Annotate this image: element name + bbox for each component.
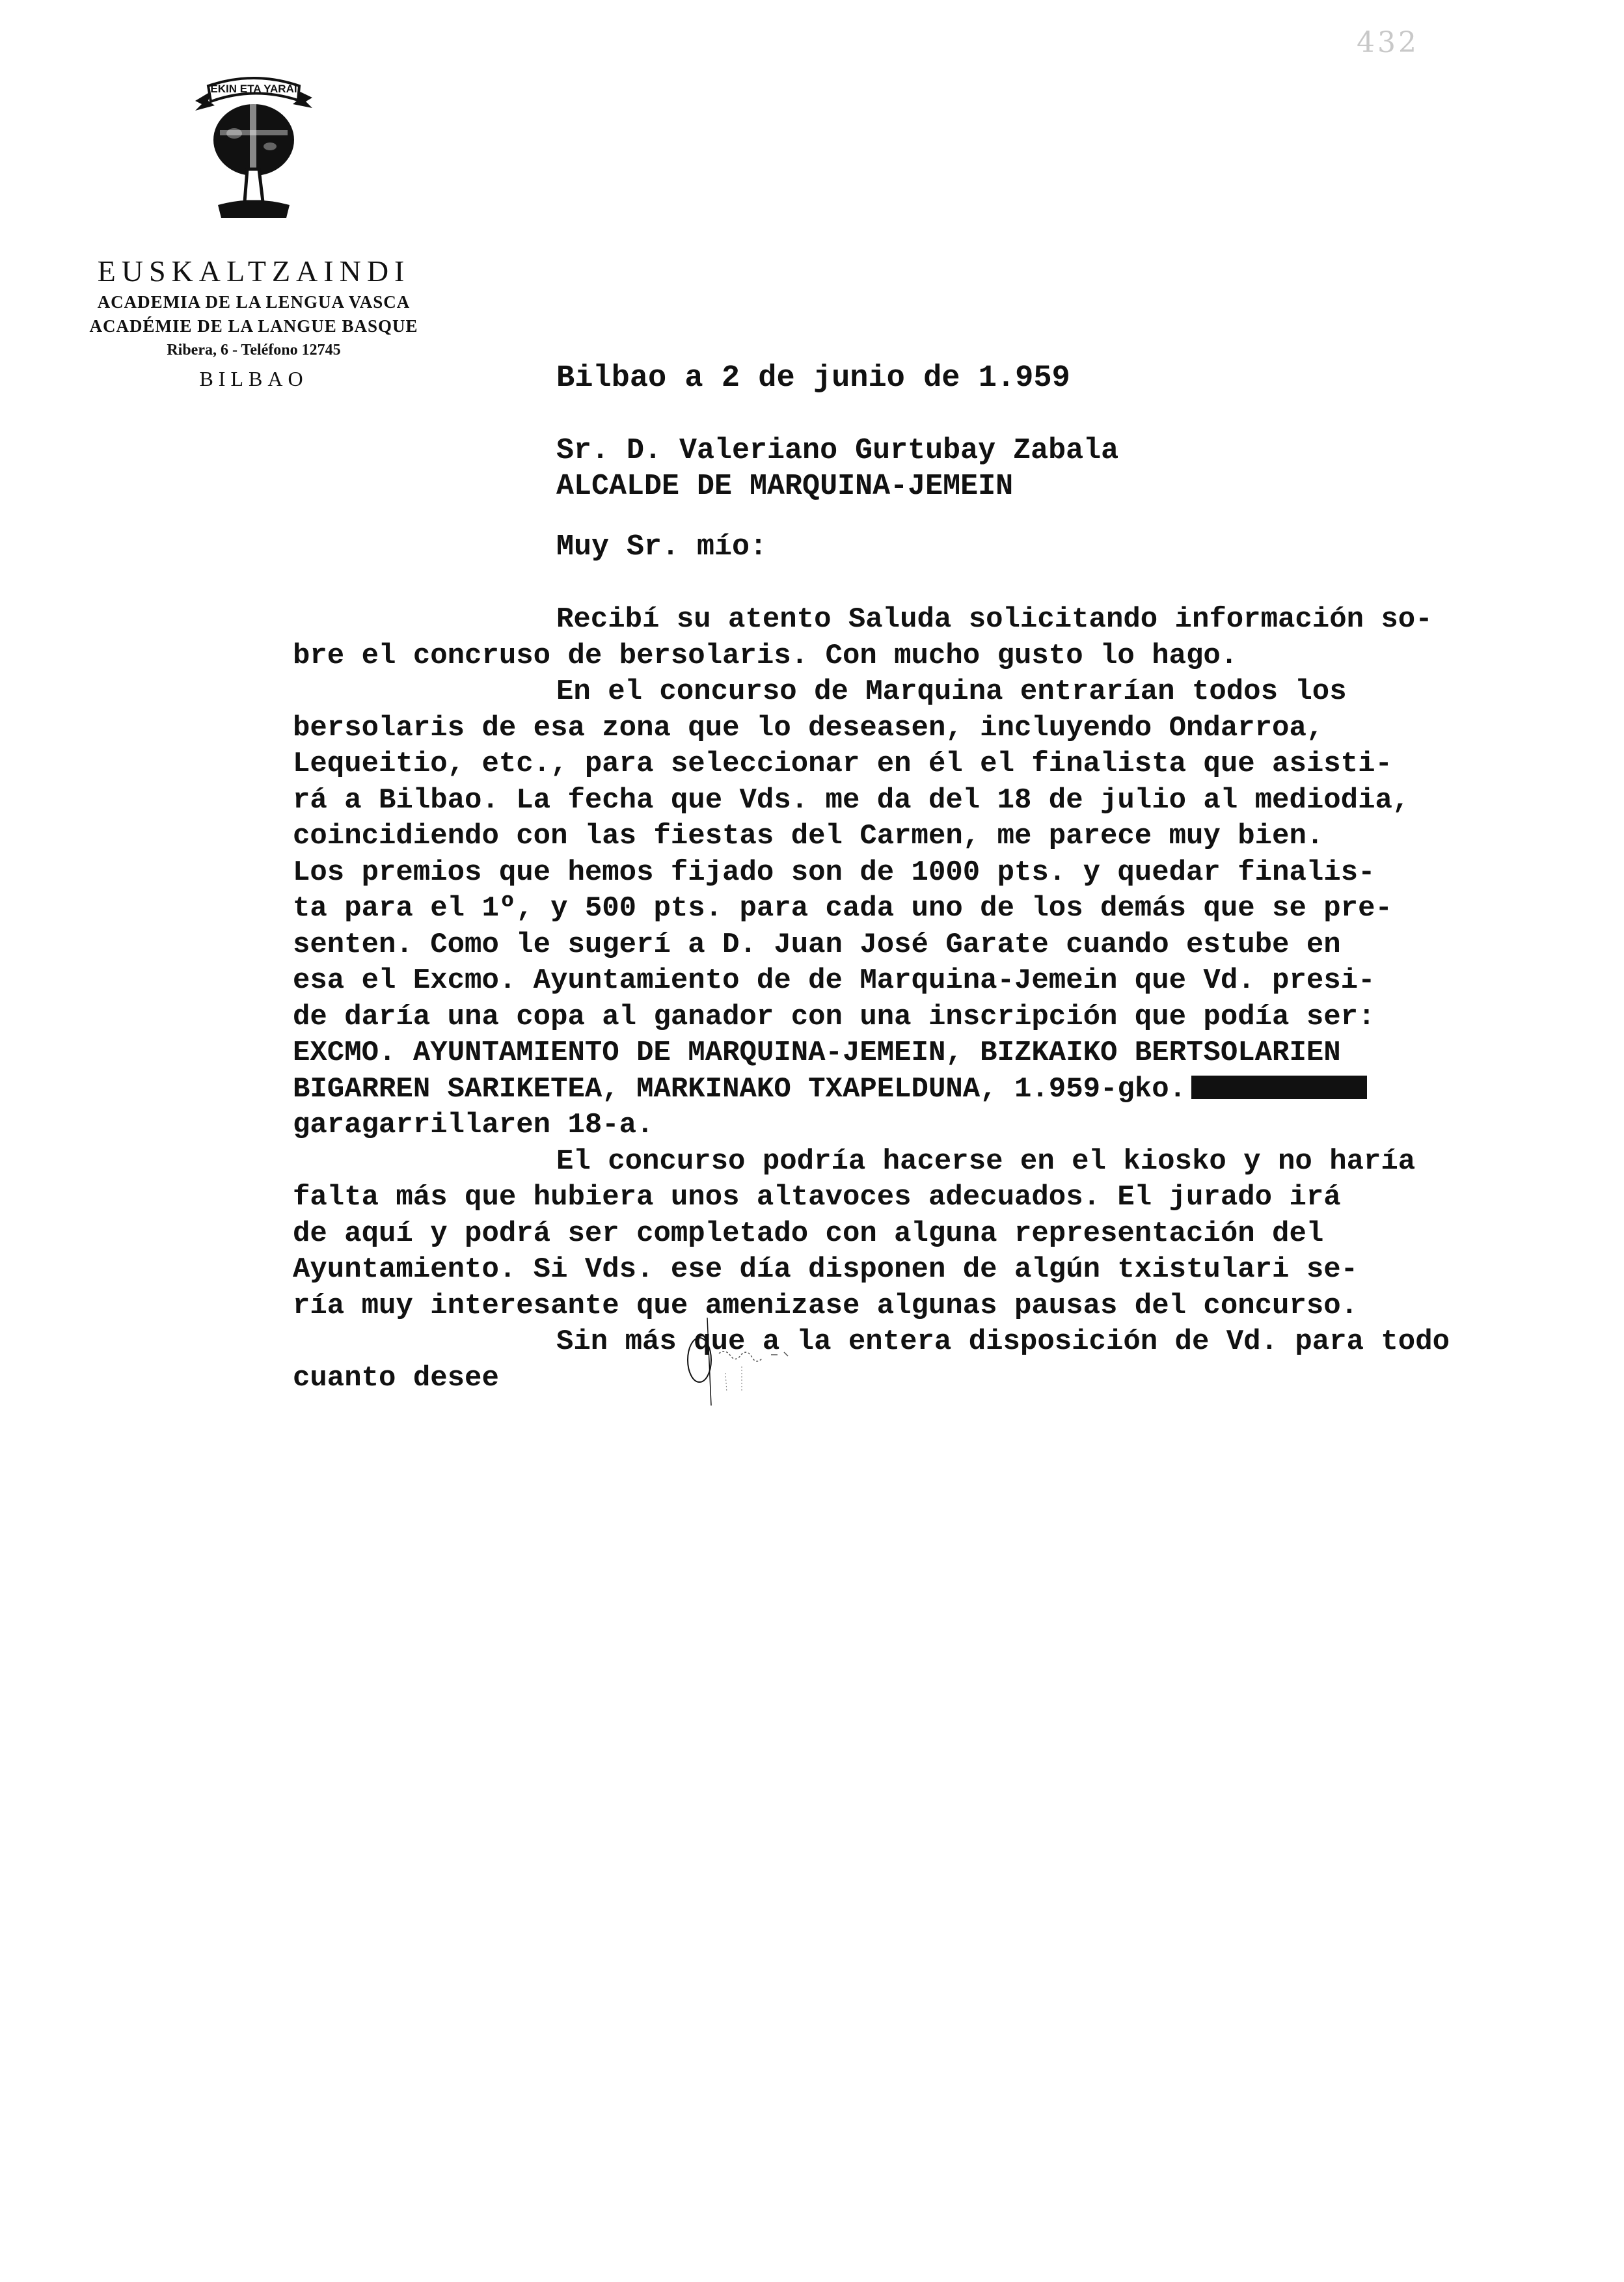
body-line: Ayuntamiento. Si Vds. ese día disponen d… xyxy=(293,1252,1450,1288)
body-line-text: bre el concruso de bersolaris. Con mucho… xyxy=(293,640,1238,672)
body-line: En el concurso de Marquina entrarían tod… xyxy=(293,674,1450,711)
body-line: ría muy interesante que amenizase alguna… xyxy=(293,1288,1450,1325)
body-line-text: Ayuntamiento. Si Vds. ese día disponen d… xyxy=(293,1253,1358,1286)
letter-date: Bilbao a 2 de junio de 1.959 xyxy=(556,361,1070,396)
body-line-text: rá a Bilbao. La fecha que Vds. me da del… xyxy=(293,784,1409,817)
recipient-block: Sr. D. Valeriano Gurtubay Zabala ALCALDE… xyxy=(556,433,1118,504)
body-line: Recibí su atento Saluda solicitando info… xyxy=(293,602,1450,638)
body-line-text: El concurso podría hacerse en el kiosko … xyxy=(556,1145,1415,1178)
org-city: BILBAO xyxy=(72,367,436,391)
body-line: falta más que hubiera unos altavoces ade… xyxy=(293,1180,1450,1216)
body-line: bre el concruso de bersolaris. Con mucho… xyxy=(293,638,1450,675)
body-line: El concurso podría hacerse en el kiosko … xyxy=(293,1144,1450,1180)
archive-number: 432 xyxy=(1357,26,1419,59)
handwritten-signature-icon xyxy=(680,1314,849,1412)
body-line: Sin más que a la entera disposición de V… xyxy=(293,1324,1450,1361)
body-line: EXCMO. AYUNTAMIENTO DE MARQUINA-JEMEIN, … xyxy=(293,1035,1450,1072)
body-line-text: senten. Como le sugerí a D. Juan José Ga… xyxy=(293,929,1341,961)
body-line-text: de aquí y podrá ser completado con algun… xyxy=(293,1217,1323,1250)
body-line-text: BIGARREN SARIKETEA, MARKINAKO TXAPELDUNA… xyxy=(293,1073,1186,1106)
body-line-text: bersolaris de esa zona que lo deseasen, … xyxy=(293,712,1323,744)
redaction-mark xyxy=(1191,1076,1367,1099)
body-line-text: cuanto desee xyxy=(293,1362,499,1394)
body-line-text: coincidiendo con las fiestas del Carmen,… xyxy=(293,820,1323,852)
body-line-text: Recibí su atento Saluda solicitando info… xyxy=(556,603,1433,636)
body-line: bersolaris de esa zona que lo deseasen, … xyxy=(293,711,1450,747)
body-line: BIGARREN SARIKETEA, MARKINAKO TXAPELDUNA… xyxy=(293,1072,1450,1108)
body-line: Los premios que hemos fijado son de 1000… xyxy=(293,855,1450,891)
body-line-text: EXCMO. AYUNTAMIENTO DE MARQUINA-JEMEIN, … xyxy=(293,1037,1341,1069)
recipient-name: Sr. D. Valeriano Gurtubay Zabala xyxy=(556,433,1118,469)
body-line-text: de daría una copa al ganador con una ins… xyxy=(293,1001,1375,1033)
letter-page: 432 EKIN ETA YARAI EUSKALTZAINDI xyxy=(0,0,1624,2282)
body-line-text: Lequeitio, etc., para seleccionar en él … xyxy=(293,748,1392,780)
body-line: coincidiendo con las fiestas del Carmen,… xyxy=(293,819,1450,855)
body-line-text: falta más que hubiera unos altavoces ade… xyxy=(293,1181,1341,1214)
body-line-text: Los premios que hemos fijado son de 1000… xyxy=(293,856,1375,889)
body-line-text: En el concurso de Marquina entrarían tod… xyxy=(556,675,1347,708)
svg-text:EKIN ETA YARAI: EKIN ETA YARAI xyxy=(210,83,297,95)
body-line: cuanto desee xyxy=(293,1361,1450,1397)
body-line: esa el Excmo. Ayuntamiento de de Marquin… xyxy=(293,963,1450,999)
recipient-title: ALCALDE DE MARQUINA-JEMEIN xyxy=(556,469,1118,504)
body-line: rá a Bilbao. La fecha que Vds. me da del… xyxy=(293,783,1450,819)
body-line-text: esa el Excmo. Ayuntamiento de de Marquin… xyxy=(293,964,1375,997)
salutation: Muy Sr. mío: xyxy=(556,530,767,564)
body-line: Lequeitio, etc., para seleccionar en él … xyxy=(293,746,1450,783)
oak-tree-with-banner-icon: EKIN ETA YARAI xyxy=(182,72,325,228)
org-address: Ribera, 6 - Teléfono 12745 xyxy=(72,342,436,359)
body-line: de aquí y podrá ser completado con algun… xyxy=(293,1216,1450,1253)
letterhead: EKIN ETA YARAI EUSKALTZAINDI ACADEMIA DE… xyxy=(72,72,436,391)
body-line: senten. Como le sugerí a D. Juan José Ga… xyxy=(293,927,1450,964)
body-line-text: ta para el 1º, y 500 pts. para cada uno … xyxy=(293,892,1392,925)
org-line-french: ACADÉMIE DE LA LANGUE BASQUE xyxy=(72,316,436,336)
org-name: EUSKALTZAINDI xyxy=(72,254,436,288)
body-line: garagarrillaren 18-a. xyxy=(293,1107,1450,1144)
body-line: ta para el 1º, y 500 pts. para cada uno … xyxy=(293,891,1450,927)
letter-body: Recibí su atento Saluda solicitando info… xyxy=(293,602,1450,1396)
body-line: de daría una copa al ganador con una ins… xyxy=(293,999,1450,1036)
body-line-text: garagarrillaren 18-a. xyxy=(293,1109,654,1141)
org-line-spanish: ACADEMIA DE LA LENGUA VASCA xyxy=(72,292,436,312)
